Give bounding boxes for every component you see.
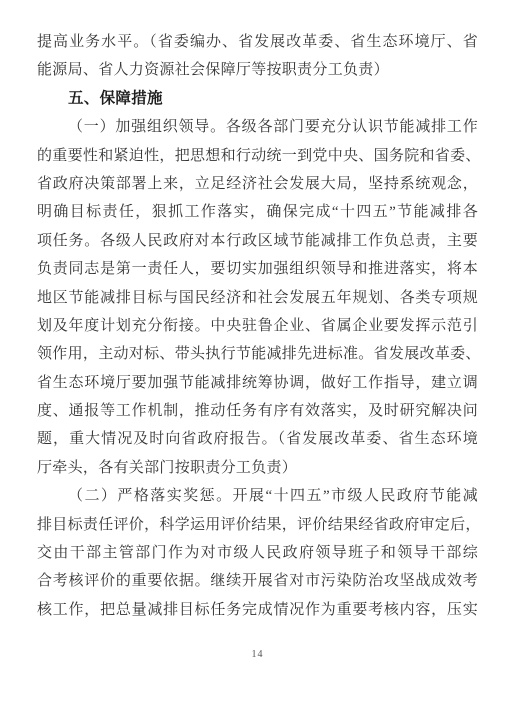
text-line: 合考核评价的重要依据。继续开展省对市污染防治攻坚战成效考 [37, 567, 478, 595]
text-line: 省政府决策部署上来，立足经济社会发展大局，坚持系统观念， [37, 170, 478, 198]
document-body: 提高业务水平。（省委编办、省发展改革委、省生态环境厅、省 能源局、省人力资源社会… [37, 28, 478, 624]
text-line: 省生态环境厅要加强节能减排统筹协调，做好工作指导，建立调 [37, 369, 478, 397]
text-line: 明确目标责任，狠抓工作落实，确保完成“十四五”节能减排各 [37, 198, 478, 226]
text-line: 厅牵头，各有关部门按职责分工负责） [37, 454, 478, 482]
text-line: 题，重大情况及时向省政府报告。（省发展改革委、省生态环境 [37, 425, 478, 453]
text-line: 排目标责任评价，科学运用评价结果，评价结果经省政府审定后， [37, 511, 478, 539]
page-number: 14 [0, 649, 515, 660]
section-heading: 五、保障措施 [37, 85, 478, 113]
text-line: 度、通报等工作机制，推动任务有序有效落实，及时研究解决问 [37, 397, 478, 425]
text-line: 负责同志是第一责任人，要切实加强组织领导和推进落实，将本 [37, 255, 478, 283]
text-line: 项任务。各级人民政府对本行政区域节能减排工作负总责，主要 [37, 227, 478, 255]
text-line: 地区节能减排目标与国民经济和社会发展五年规划、各类专项规 [37, 284, 478, 312]
document-page: 提高业务水平。（省委编办、省发展改革委、省生态环境厅、省 能源局、省人力资源社会… [0, 0, 515, 714]
text-line: 提高业务水平。（省委编办、省发展改革委、省生态环境厅、省 [37, 28, 478, 56]
text-line: （一）加强组织领导。各级各部门要充分认识节能减排工作 [37, 113, 478, 141]
text-line: 划及年度计划充分衔接。中央驻鲁企业、省属企业要发挥示范引 [37, 312, 478, 340]
text-line: 领作用，主动对标、带头执行节能减排先进标准。省发展改革委、 [37, 340, 478, 368]
text-line: 的重要性和紧迫性，把思想和行动统一到党中央、国务院和省委、 [37, 142, 478, 170]
text-line: 核工作，把总量减排目标任务完成情况作为重要考核内容，压实 [37, 596, 478, 624]
text-line: （二）严格落实奖惩。开展“十四五”市级人民政府节能减 [37, 482, 478, 510]
text-line: 交由干部主管部门作为对市级人民政府领导班子和领导干部综 [37, 539, 478, 567]
text-line: 能源局、省人力资源社会保障厅等按职责分工负责） [37, 56, 478, 84]
